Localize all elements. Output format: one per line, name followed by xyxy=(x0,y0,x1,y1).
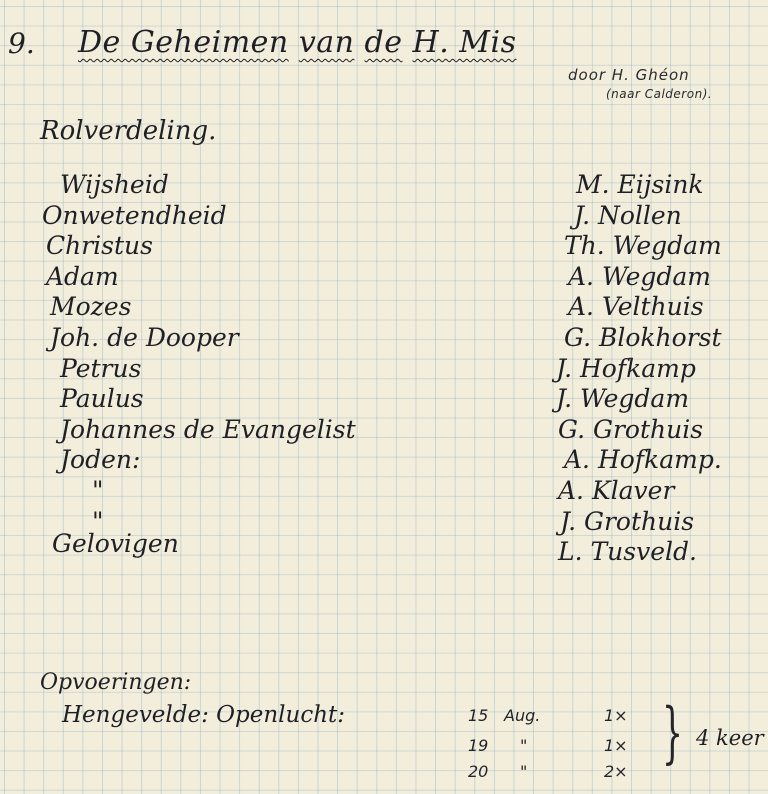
performance-month: " xyxy=(520,736,527,755)
performance-day: 15 xyxy=(468,706,488,725)
document-title: De Geheimen van de H. Mis xyxy=(78,28,516,58)
performance-month: " xyxy=(520,762,527,781)
performance-count: 1× xyxy=(604,706,628,725)
performance-count: 2× xyxy=(604,762,628,781)
performance-day: 19 xyxy=(468,736,488,755)
role-name: Wijsheid xyxy=(40,170,356,201)
role-name: Adam xyxy=(40,262,356,293)
actor-name: G. Grothuis xyxy=(556,415,722,446)
performance-day: 20 xyxy=(468,762,488,781)
actor-name: A. Velthuis xyxy=(556,292,722,323)
role-name: Joden: xyxy=(40,445,356,476)
actor-name: G. Blokhorst xyxy=(556,323,722,354)
actor-name: Th. Wegdam xyxy=(556,231,722,262)
actor-name: A. Klaver xyxy=(556,476,722,507)
role-name: Joh. de Dooper xyxy=(40,323,356,354)
actor-name: J. Hofkamp xyxy=(556,354,722,385)
role-name: Christus xyxy=(40,231,356,262)
actor-list: M. Eijsink J. Nollen Th. Wegdam A. Wegda… xyxy=(556,170,722,568)
performance-month: Aug. xyxy=(504,706,540,725)
title-part: De Geheimen xyxy=(78,25,289,60)
grouping-brace: } xyxy=(662,700,683,766)
role-name: Onwetendheid xyxy=(40,201,356,232)
role-name: " xyxy=(40,507,356,529)
source-line: (naar Calderon). xyxy=(606,88,712,100)
title-part: van xyxy=(299,25,355,60)
title-part: H. Mis xyxy=(413,25,517,60)
role-name: Paulus xyxy=(40,384,356,415)
actor-name: J. Wegdam xyxy=(556,384,722,415)
document-number: 9. xyxy=(8,30,35,58)
cast-heading: Rolverdeling. xyxy=(40,118,216,144)
performances-label: Opvoeringen: xyxy=(40,672,191,694)
author-line: door H. Ghéon xyxy=(568,68,690,83)
actor-name: A. Wegdam xyxy=(556,262,722,293)
role-list: Wijsheid Onwetendheid Christus Adam Moze… xyxy=(40,170,356,559)
performance-total: 4 keer xyxy=(696,728,764,749)
actor-name: J. Nollen xyxy=(556,201,722,232)
role-name: Mozes xyxy=(40,292,356,323)
actor-name: M. Eijsink xyxy=(556,170,722,201)
role-name: " xyxy=(40,476,356,507)
role-name: Petrus xyxy=(40,354,356,385)
title-part: de xyxy=(365,25,403,60)
performance-count: 1× xyxy=(604,736,628,755)
actor-name: A. Hofkamp. xyxy=(556,445,722,476)
role-name: Johannes de Evangelist xyxy=(40,415,356,446)
actor-name: L. Tusveld. xyxy=(556,537,722,568)
role-name: Gelovigen xyxy=(40,529,356,560)
actor-name: J. Grothuis xyxy=(556,507,722,538)
venue-label: Hengevelde: Openlucht: xyxy=(62,704,345,727)
